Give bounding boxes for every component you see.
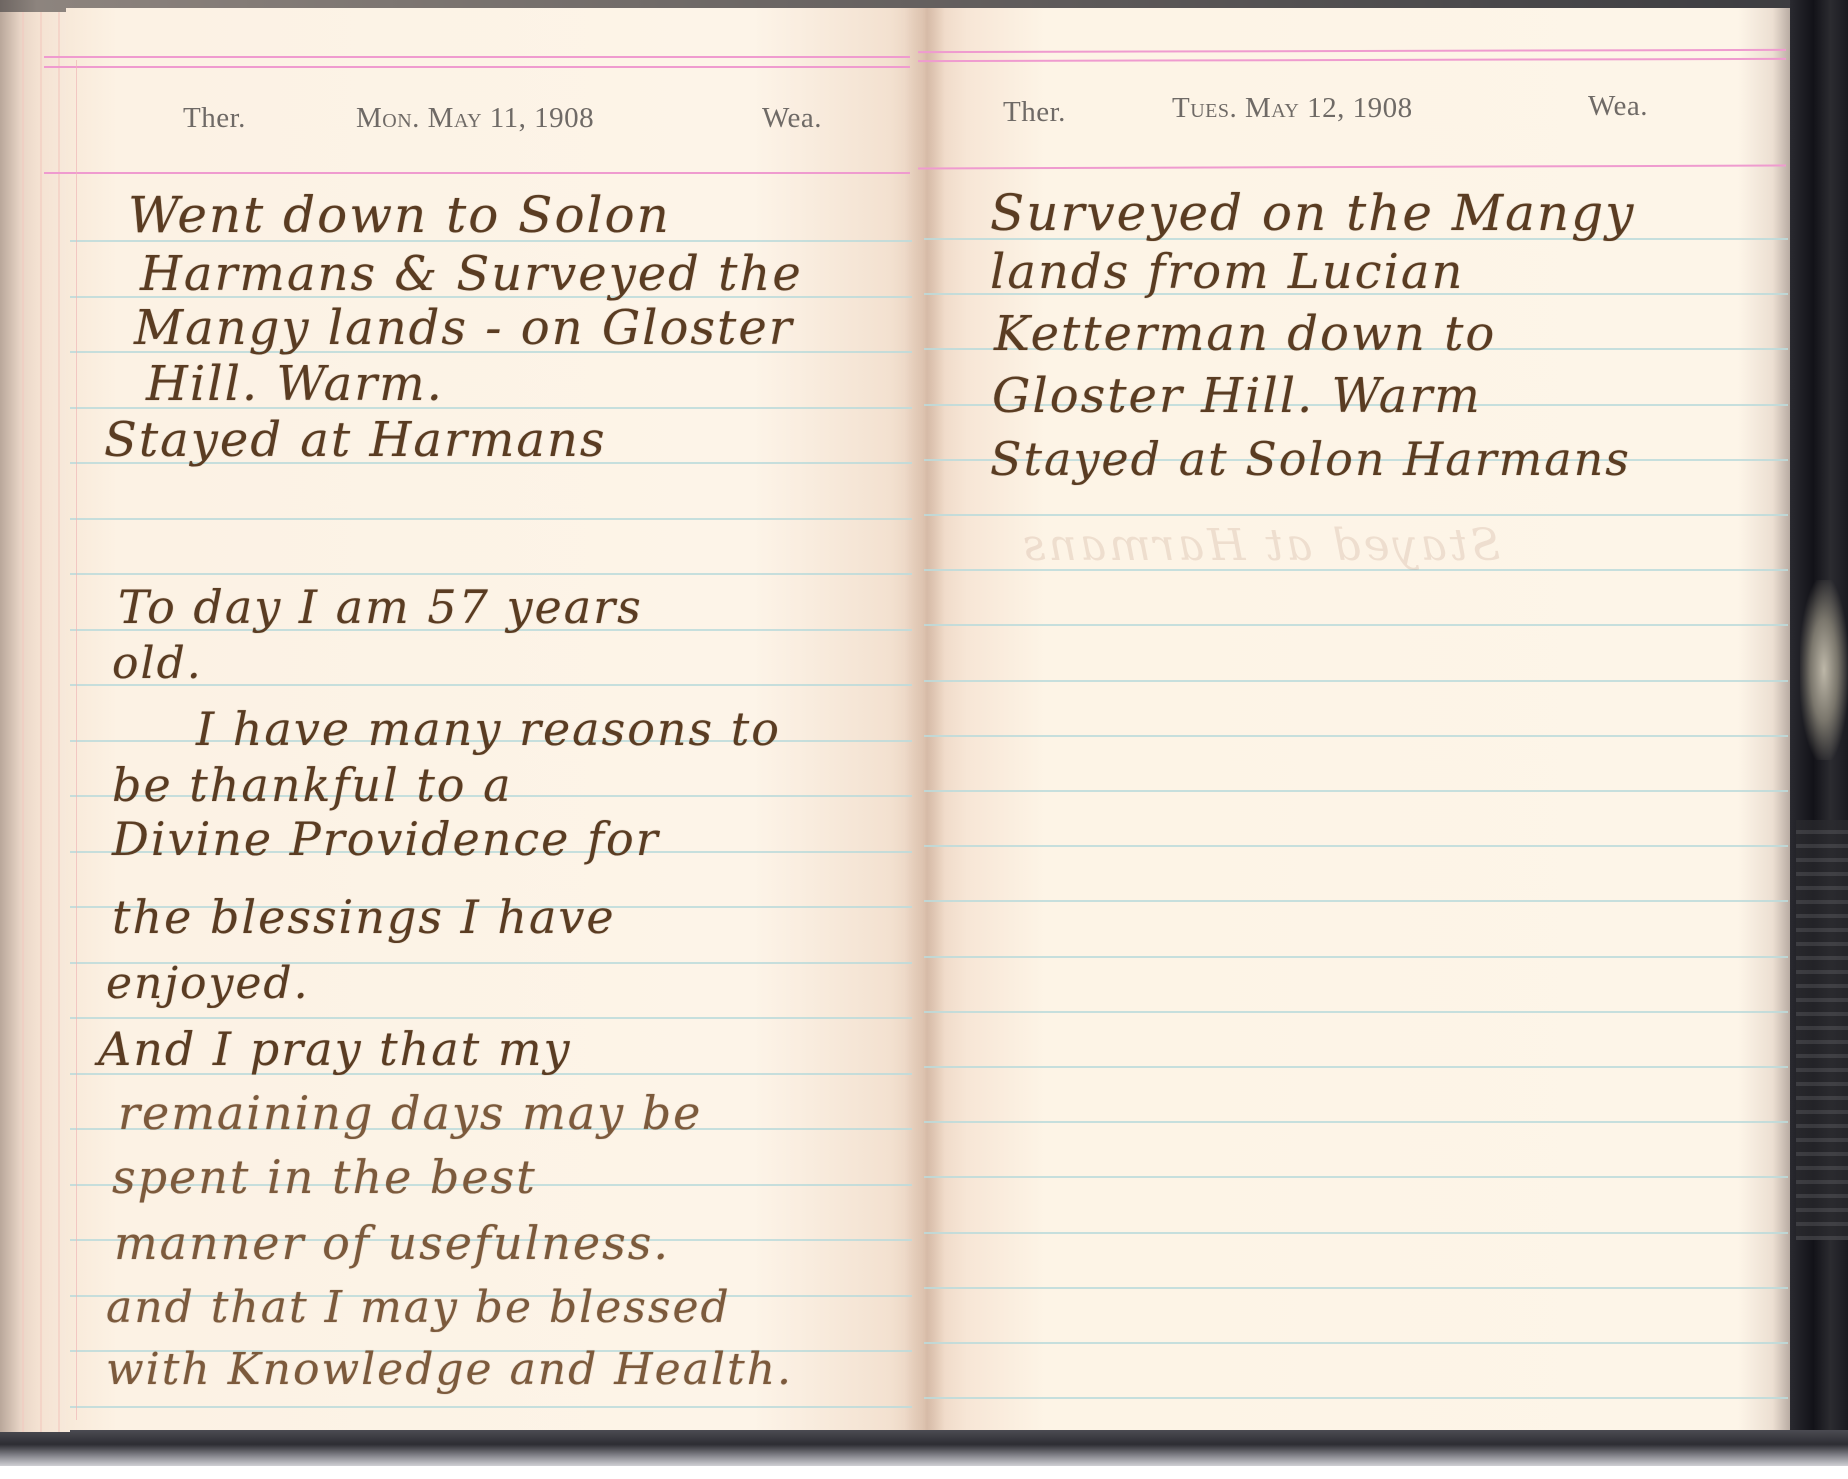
- cover-texture: [1796, 820, 1848, 1240]
- handwritten-line: To day I am 57 years: [118, 580, 643, 634]
- ruled-line: [70, 518, 912, 520]
- handwritten-line: enjoyed.: [106, 958, 310, 1009]
- handwritten-line: Divine Providence for: [112, 812, 660, 866]
- handwritten-line: lands from Lucian: [990, 244, 1464, 300]
- ruled-line: [924, 1342, 1788, 1344]
- ruled-line: [924, 735, 1788, 737]
- ruled-line: [924, 514, 1788, 516]
- handwritten-line: Stayed at Harmans: [104, 412, 607, 468]
- right-date: Tues. May 12, 1908: [1172, 92, 1413, 124]
- handwritten-line: Gloster Hill. Warm: [992, 368, 1482, 424]
- ruled-line: [924, 624, 1788, 626]
- handwritten-line: Mangy lands - on Gloster: [134, 300, 794, 356]
- handwritten-line: Ketterman down to: [994, 306, 1496, 362]
- handwritten-line: Surveyed on the Mangy: [990, 184, 1635, 242]
- header-rule-top: [44, 56, 910, 58]
- handwritten-line: I have many reasons to: [196, 702, 781, 756]
- right-ther-label: Ther.: [1003, 96, 1066, 129]
- page-edge: [40, 12, 42, 1432]
- left-ther-label: Ther.: [183, 102, 246, 135]
- handwritten-line: be thankful to a: [112, 758, 513, 812]
- cover-reflection: [1800, 580, 1848, 760]
- header-rule-top: [44, 66, 910, 68]
- handwritten-line: the blessings I have: [112, 890, 616, 944]
- left-date-heading: Mon. May 11, 1908: [356, 102, 594, 135]
- handwritten-line: Stayed at Solon Harmans: [990, 432, 1631, 486]
- table-edge: [0, 1430, 1848, 1466]
- ruled-line: [924, 900, 1788, 902]
- ruled-line: [924, 680, 1788, 682]
- left-wea-label: Wea.: [762, 102, 822, 135]
- ruled-line: [924, 1397, 1788, 1399]
- book-gutter: [905, 8, 945, 1430]
- ruled-line: [924, 1011, 1788, 1013]
- header-rule-bottom: [44, 172, 910, 174]
- handwritten-line: manner of usefulness.: [114, 1216, 670, 1270]
- handwritten-line: with Knowledge and Health.: [106, 1344, 793, 1395]
- handwritten-line: Went down to Solon: [128, 186, 671, 244]
- ruled-line: [924, 1287, 1788, 1289]
- handwritten-line: and that I may be blessed: [106, 1282, 731, 1333]
- ruled-line: [70, 573, 912, 575]
- page-edge: [58, 12, 60, 1432]
- handwritten-line: old.: [112, 638, 203, 689]
- ruled-line: [924, 1066, 1788, 1068]
- page-edge: [22, 12, 24, 1432]
- right-date-heading: Tues. May 12, 1908: [1172, 92, 1413, 125]
- left-date: Mon. May 11, 1908: [356, 102, 594, 134]
- ruled-line: [70, 1017, 912, 1019]
- ruled-line: [924, 790, 1788, 792]
- ruled-line: [924, 1121, 1788, 1123]
- handwritten-line: spent in the best: [112, 1150, 537, 1204]
- ruled-line: [924, 956, 1788, 958]
- ruled-line: [924, 1176, 1788, 1178]
- ruled-line: [924, 845, 1788, 847]
- ruled-line: [924, 1232, 1788, 1234]
- page-stack-left: [0, 12, 70, 1432]
- handwritten-line: remaining days may be: [118, 1086, 702, 1140]
- margin-line: [76, 60, 77, 1420]
- book-cover-right: [1790, 0, 1848, 1465]
- bleed-through-text: Stayed at Harmans: [1020, 520, 1501, 571]
- handwritten-line: Harmans & Surveyed the: [140, 246, 803, 302]
- ruled-line: [70, 1406, 912, 1408]
- right-wea-label: Wea.: [1588, 90, 1648, 123]
- handwritten-line: Hill. Warm.: [146, 356, 444, 412]
- handwritten-line: And I pray that my: [98, 1022, 571, 1076]
